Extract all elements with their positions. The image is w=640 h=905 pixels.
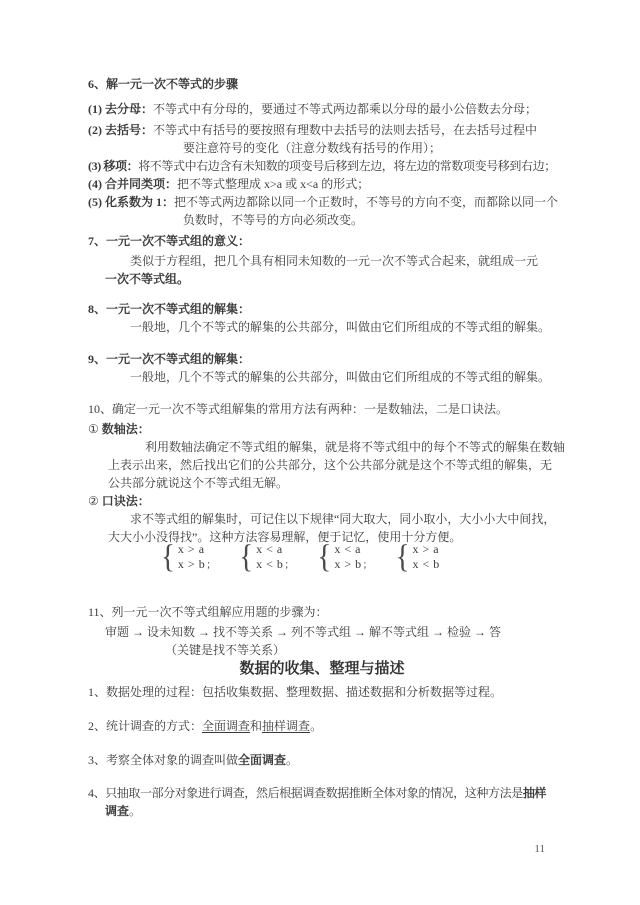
- section-8-title: 8、一元一次不等式组的解集：: [88, 300, 556, 318]
- system-2-top: x < a: [256, 542, 283, 557]
- section-7-body: 类似于方程组，把几个具有相同未知数的一元一次不等式合起来，就组成一元: [130, 252, 556, 270]
- system-3-top: x < a: [334, 542, 361, 557]
- system-1-bottom: x > b: [178, 557, 205, 572]
- stats-2-end: 。: [310, 719, 322, 733]
- stats-item-1: 1、数据处理的过程：包括收集数据、整理数据、描述数据和分析数据等过程。: [88, 683, 556, 701]
- method-1-title: ① 数轴法：: [88, 420, 556, 438]
- section-7-title: 7、一元一次不等式组的意义：: [88, 232, 556, 250]
- stats-item-2: 2、统计调查的方式：全面调查和抽样调查。: [88, 717, 556, 735]
- step-5-text: 把不等式两边都除以同一个正数时，不等号的方向不变，而都除以同一个: [174, 195, 558, 209]
- method-1-line-3: 公共部分就说这个不等式组无解。: [108, 474, 556, 492]
- step-3-text: 将不等式中右边含有未知数的项变号后移到左边，将左边的常数项变号移到右边；: [138, 159, 556, 173]
- stats-3-end: 。: [286, 753, 298, 767]
- method-1-line-1: 利用数轴法确定不等式组的解集，就是将不等式组中的每个不等式的解集在数轴: [145, 438, 556, 456]
- left-brace-glyph: {: [239, 540, 253, 574]
- system-1-top: x > a: [178, 542, 205, 557]
- step-4-text: 把不等式整理成 x>a 或 x<a 的形式；: [177, 177, 369, 191]
- system-2-lines: x < ax < b: [256, 542, 283, 572]
- section-9-title: 9、一元一次不等式组的解集：: [88, 350, 556, 368]
- stats-2-underline-1: 全面调查: [202, 719, 250, 733]
- step-item-3: (3) 移项：将不等式中右边含有未知数的项变号后移到左边，将左边的常数项变号移到…: [88, 157, 556, 175]
- inequality-system-2: {x < ax < b；: [239, 542, 294, 572]
- method-1-line-2: 上表示出来，然后找出它们的公共部分，这个公共部分就是这个不等式组的解集，无: [108, 456, 556, 474]
- step-5-label: (5) 化系数为 1：: [88, 195, 174, 209]
- stats-4-bold-2: 调查: [105, 804, 129, 818]
- step-1-label: (1) 去分母：: [88, 102, 153, 116]
- step-item-2-cont: 要注意符号的变化（注意分数线有括号的作用）；: [183, 139, 556, 157]
- method-2-line-1: 求不等式组的解集时，可记住以下规律“同大取大，同小取小，大小小大中间找，: [130, 510, 556, 528]
- system-3-lines: x < ax > b: [334, 542, 361, 572]
- stats-4-pre: 4、只抽取一部分对象进行调查，然后根据调查数据推断全体对象的情况，这种方法是: [88, 786, 523, 800]
- stats-3-bold: 全面调查: [238, 753, 286, 767]
- system-1-lines: x > ax > b: [178, 542, 205, 572]
- section-11-flow: 审题 → 设未知数 → 找不等关系 → 列不等式组 → 解不等式组 → 检验 →…: [105, 623, 556, 641]
- left-brace-glyph: {: [161, 540, 175, 574]
- section-11-title: 11、列一元一次不等式组解应用题的步骤为：: [88, 603, 556, 621]
- system-3-bottom: x > b: [334, 557, 361, 572]
- system-2-bottom: x < b: [256, 557, 283, 572]
- left-brace-glyph: {: [396, 540, 410, 574]
- circled-1-marker: ①: [88, 422, 99, 436]
- stats-4-end: 。: [129, 804, 141, 818]
- document-page: 6、解一元一次不等式的步骤 (1) 去分母：不等式中有分母的，要通过不等式两边都…: [0, 0, 640, 905]
- left-brace-glyph: {: [317, 540, 331, 574]
- chapter-heading: 数据的收集、整理与描述: [88, 659, 556, 679]
- step-item-1: (1) 去分母：不等式中有分母的，要通过不等式两边都乘以分母的最小公倍数去分母；: [88, 100, 556, 118]
- inequality-system-4: {x > ax < b: [396, 542, 441, 572]
- step-1-text: 不等式中有分母的，要通过不等式两边都乘以分母的最小公倍数去分母；: [153, 102, 537, 116]
- method-1-label: 数轴法：: [102, 422, 150, 436]
- system-2-separator: ；: [284, 561, 294, 571]
- step-item-2: (2) 去括号：不等式中有括号的要按照有理数中去括号的法则去括号，在去括号过程中: [88, 121, 556, 139]
- method-2-label: 口诀法：: [102, 494, 150, 508]
- inequality-system-3: {x < ax > b；: [317, 542, 372, 572]
- section-9-body: 一般地，几个不等式的解集的公共部分，叫做由它们所组成的不等式组的解集。: [130, 368, 556, 386]
- step-item-5: (5) 化系数为 1：把不等式两边都除以同一个正数时，不等号的方向不变，而都除以…: [88, 193, 556, 211]
- stats-item-3: 3、考察全体对象的调查叫做全面调查。: [88, 751, 556, 769]
- stats-2-mid: 和: [250, 719, 262, 733]
- step-3-label: (3) 移项：: [88, 159, 138, 173]
- stats-2-pre: 2、统计调查的方式：: [88, 719, 202, 733]
- stats-item-4-cont: 调查。: [105, 802, 556, 820]
- method-2-title: ② 口诀法：: [88, 492, 556, 510]
- stats-item-4: 4、只抽取一部分对象进行调查，然后根据调查数据推断全体对象的情况，这种方法是抽样: [88, 784, 556, 802]
- stats-3-pre: 3、考察全体对象的调查叫做: [88, 753, 238, 767]
- section-6-title: 6、解一元一次不等式的步骤: [88, 75, 556, 93]
- stats-2-underline-2: 抽样调查: [262, 719, 310, 733]
- section-7-body-bold: 一次不等式组。: [105, 270, 556, 288]
- section-10-intro: 10、确定一元一次不等式组解集的常用方法有两种：一是数轴法，二是口诀法。: [88, 400, 556, 418]
- section-11-note: （关键是找不等关系）: [165, 641, 556, 659]
- step-2-label: (2) 去括号：: [88, 123, 153, 137]
- stats-4-bold-1: 抽样: [523, 786, 546, 800]
- circled-2-marker: ②: [88, 494, 99, 508]
- step-4-label: (4) 合并同类项：: [88, 177, 177, 191]
- page-number: 11: [88, 841, 545, 857]
- step-item-4: (4) 合并同类项：把不等式整理成 x>a 或 x<a 的形式；: [88, 175, 556, 193]
- system-4-top: x > a: [413, 542, 440, 557]
- system-3-separator: ；: [363, 561, 373, 571]
- step-item-5-cont: 负数时，不等号的方向必须改变。: [183, 211, 556, 229]
- system-1-separator: ；: [206, 561, 216, 571]
- system-4-lines: x > ax < b: [413, 542, 440, 572]
- section-8-body: 一般地，几个不等式的解集的公共部分，叫做由它们所组成的不等式组的解集。: [130, 318, 556, 336]
- inequality-system-1: {x > ax > b；: [161, 542, 216, 572]
- step-2-text: 不等式中有括号的要按照有理数中去括号的法则去括号，在去括号过程中: [153, 123, 537, 137]
- system-4-bottom: x < b: [413, 557, 440, 572]
